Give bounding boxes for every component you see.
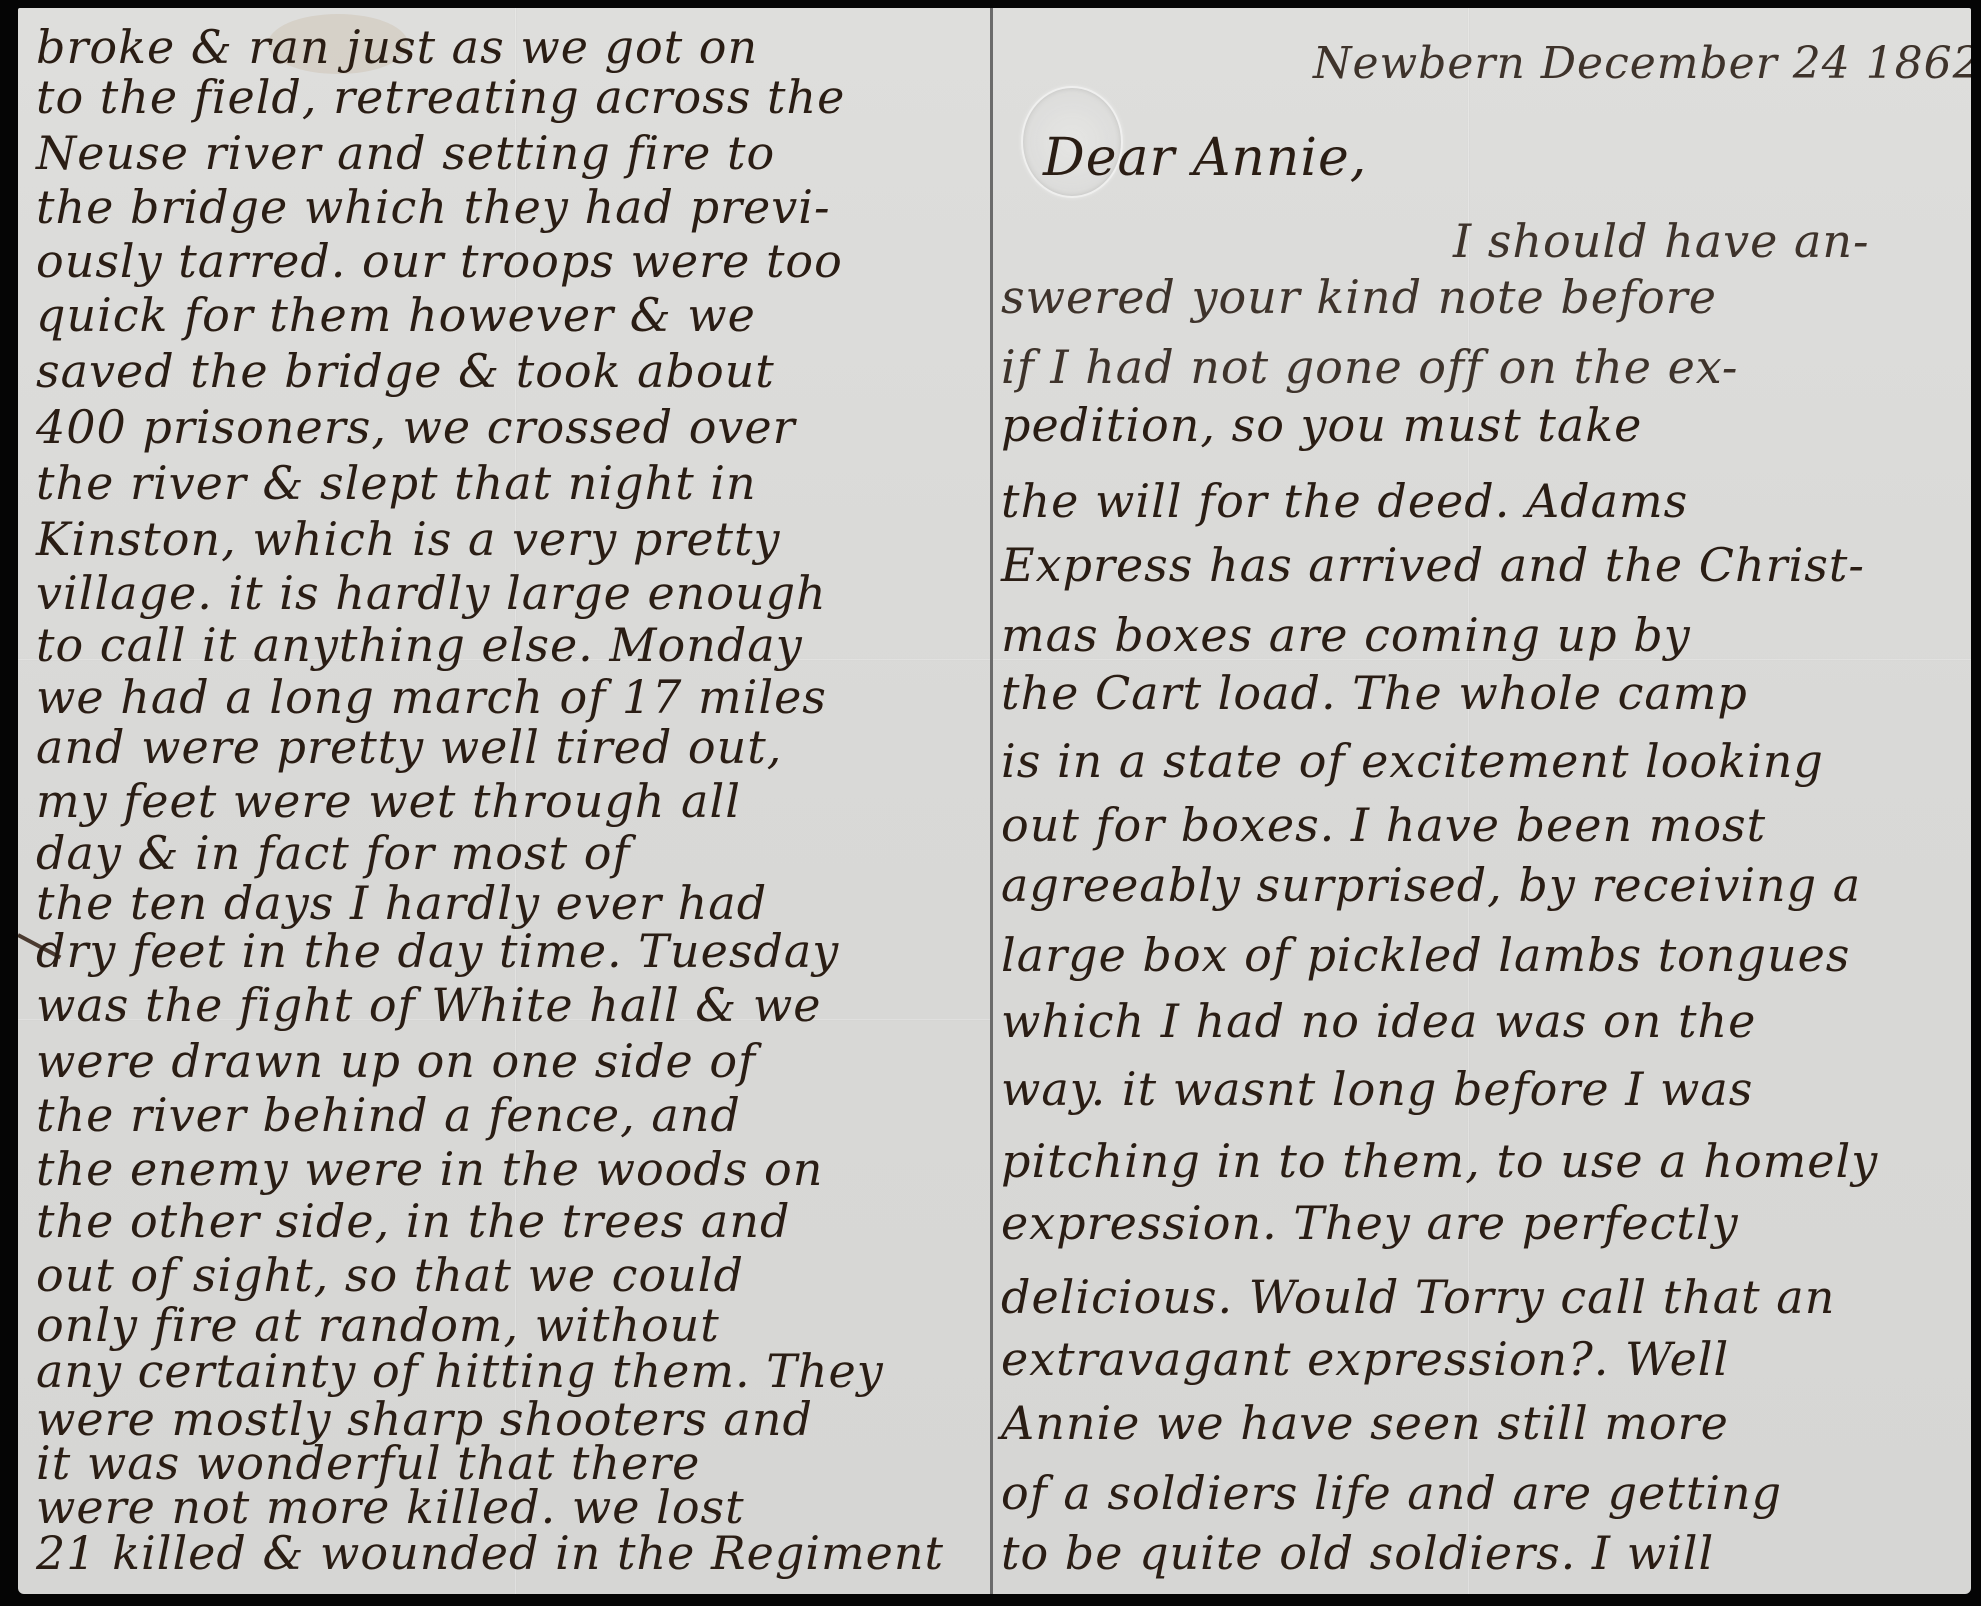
right-page: Newbern December 24 1862 Dear Annie, I s… bbox=[993, 8, 1971, 1594]
letter-line: the other side, in the trees and bbox=[36, 1194, 790, 1248]
letter-line: to be quite old soldiers. I will bbox=[1001, 1526, 1714, 1580]
letter-line: we had a long march of 17 miles bbox=[36, 670, 827, 724]
letter-line: to the field, retreating across the bbox=[36, 70, 845, 124]
letter-line: mas boxes are coming up by bbox=[1001, 608, 1691, 662]
letter-line: the river behind a fence, and bbox=[36, 1088, 741, 1142]
letter-line: day & in fact for most of bbox=[36, 826, 630, 880]
letter-line: if I had not gone off on the ex- bbox=[1001, 340, 1738, 394]
letter-line: I should have an- bbox=[1453, 214, 1870, 268]
letter-line: Neuse river and setting fire to bbox=[36, 126, 775, 180]
letter-line: dry feet in the day time. Tuesday bbox=[36, 924, 839, 978]
letter-line: broke & ran just as we got on bbox=[36, 20, 758, 74]
letter-line: the Cart load. The whole camp bbox=[1001, 666, 1748, 720]
letter-line: extravagant expression?. Well bbox=[1001, 1332, 1729, 1386]
letter-line: of a soldiers life and are getting bbox=[1001, 1466, 1782, 1520]
letter-line: pitching in to them, to use a homely bbox=[1001, 1134, 1878, 1188]
letter-line: is in a state of excitement looking bbox=[1001, 734, 1824, 788]
letter-line: the enemy were in the woods on bbox=[36, 1142, 823, 1196]
letter-line: was the fight of White hall & we bbox=[36, 978, 821, 1032]
letter-line: delicious. Would Torry call that an bbox=[1001, 1270, 1835, 1324]
letter-line: large box of pickled lambs tongues bbox=[1001, 928, 1850, 982]
letter-line: Kinston, which is a very pretty bbox=[36, 512, 781, 566]
letter-line: 21 killed & wounded in the Regiment bbox=[36, 1526, 944, 1580]
letter-line: the bridge which they had previ- bbox=[36, 180, 831, 234]
letter-line: pedition, so you must take bbox=[1001, 398, 1642, 452]
letter-line: quick for them however & we bbox=[36, 288, 756, 342]
letter-line: were drawn up on one side of bbox=[36, 1034, 756, 1088]
letter-line: and were pretty well tired out, bbox=[36, 720, 782, 774]
letter-line: the ten days I hardly ever had bbox=[36, 876, 767, 930]
letter-line: to call it anything else. Monday bbox=[36, 618, 803, 672]
letter-line: swered your kind note before bbox=[1001, 270, 1717, 324]
letter-line: any certainty of hitting them. They bbox=[36, 1344, 884, 1398]
left-page: broke & ran just as we got on to the fie… bbox=[18, 8, 990, 1594]
letter-line: out for boxes. I have been most bbox=[1001, 798, 1766, 852]
letter-line: Express has arrived and the Christ- bbox=[1001, 538, 1865, 592]
letter-line: expression. They are perfectly bbox=[1001, 1196, 1739, 1250]
letter-salutation: Dear Annie, bbox=[1043, 128, 1367, 188]
letter-line: 400 prisoners, we crossed over bbox=[36, 400, 796, 454]
letter-line: way. it wasnt long before I was bbox=[1001, 1062, 1753, 1116]
letter-line: my feet were wet through all bbox=[36, 774, 741, 828]
letter-line: out of sight, so that we could bbox=[36, 1248, 744, 1302]
letter-line: ously tarred. our troops were too bbox=[36, 234, 843, 288]
letter-line: which I had no idea was on the bbox=[1001, 994, 1756, 1048]
letter-line: saved the bridge & took about bbox=[36, 344, 775, 398]
letter-line: the river & slept that night in bbox=[36, 456, 757, 510]
letter-line: Annie we have seen still more bbox=[1001, 1396, 1729, 1450]
letter-line: village. it is hardly large enough bbox=[36, 566, 827, 620]
letter-dateline: Newbern December 24 1862 bbox=[1313, 38, 1971, 89]
letter-line: agreeably surprised, by receiving a bbox=[1001, 858, 1861, 912]
letter-line: the will for the deed. Adams bbox=[1001, 474, 1688, 528]
